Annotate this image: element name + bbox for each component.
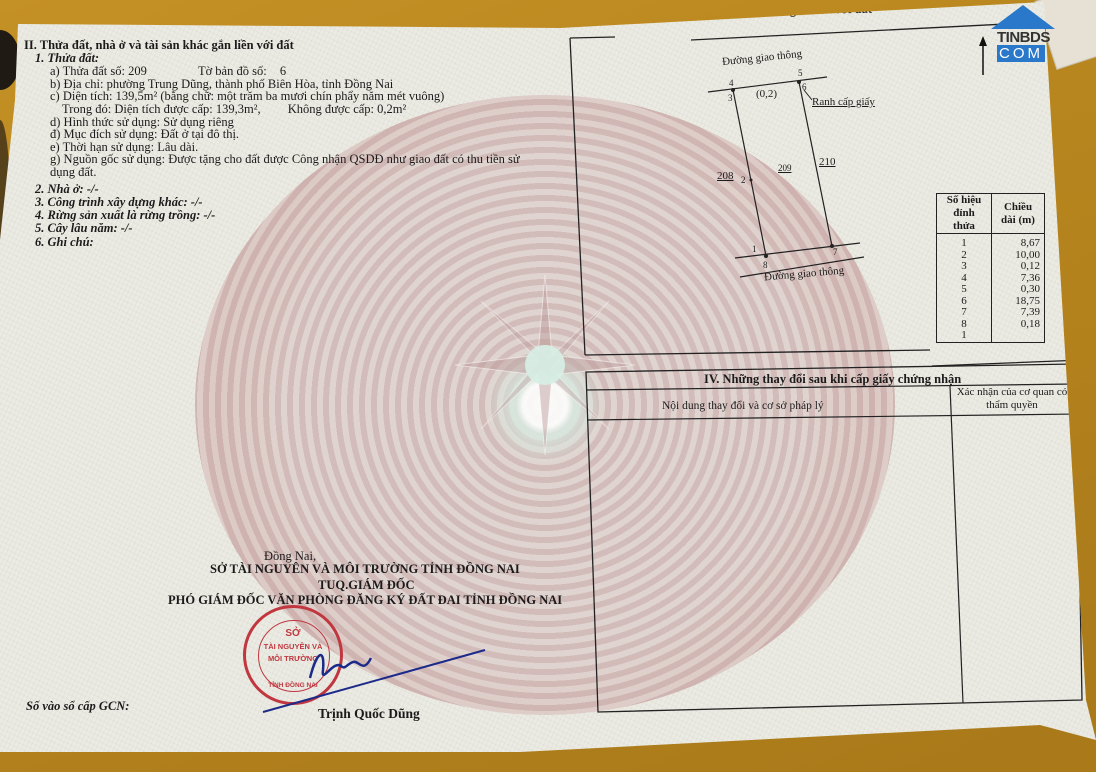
logo-text-bottom: COM	[997, 45, 1045, 62]
vertex-number: 3	[937, 261, 992, 273]
parcel-label-209: 209	[778, 163, 792, 173]
logo-line1: TINBDS	[997, 29, 1050, 46]
column-content-header: Nội dung thay đổi và cơ sở pháp lý	[662, 400, 824, 412]
vertex-label: 6	[802, 82, 807, 92]
edge-length	[992, 330, 1045, 342]
vertex-label: 2	[741, 175, 746, 185]
vertex-label: 4	[729, 78, 734, 88]
edge-length-table: Số hiệu đỉnh thửa Chiều dài (m) 18,67210…	[936, 193, 1045, 343]
vertex-label: 7	[833, 247, 838, 257]
house-roof-icon	[991, 5, 1055, 29]
parcel-label-208: 208	[717, 170, 734, 182]
length-table-row: 18,67	[937, 234, 1045, 250]
length-table-row: 30,12	[937, 261, 1045, 273]
edge-length: 7,39	[992, 307, 1045, 319]
vertex-label: 3	[728, 93, 733, 103]
edge-length: 0,12	[992, 261, 1045, 273]
parcel-label-210: 210	[819, 156, 836, 168]
edge-length: 0,18	[992, 319, 1045, 331]
header-length: Chiều dài (m)	[992, 194, 1045, 234]
length-table-row: 80,18	[937, 319, 1045, 331]
tinbds-logo: TINBDS COM	[985, 3, 1053, 65]
excluded-area: (0,2)	[756, 88, 777, 100]
vertex-label: 1	[752, 244, 757, 254]
length-table-row: 50,30	[937, 284, 1045, 296]
length-table-row: 1	[937, 330, 1045, 342]
vertex-number: 1	[937, 330, 992, 342]
vertex-label: 5	[798, 68, 803, 78]
vertex-number: 1	[937, 234, 992, 250]
edge-length: 0,30	[992, 284, 1045, 296]
vertex-number: 7	[937, 307, 992, 319]
edge-length: 8,67	[992, 234, 1045, 250]
certificate-paper: II. Thửa đất, nhà ở và tài sản khác gắn …	[0, 0, 1096, 772]
logo-text-top: TINBDS	[997, 29, 1050, 46]
boundary-label: Ranh cấp giấy	[812, 96, 875, 108]
vertex-number: 5	[937, 284, 992, 296]
section-iv-title: IV. Những thay đổi sau khi cấp giấy chứn…	[704, 373, 961, 386]
column-confirm-header: Xác nhận của cơ quan có thẩm quyền	[952, 386, 1072, 412]
length-table-row: 77,39	[937, 307, 1045, 319]
vertex-label: 8	[763, 260, 768, 270]
header-vertex: Số hiệu đỉnh thửa	[937, 194, 992, 234]
